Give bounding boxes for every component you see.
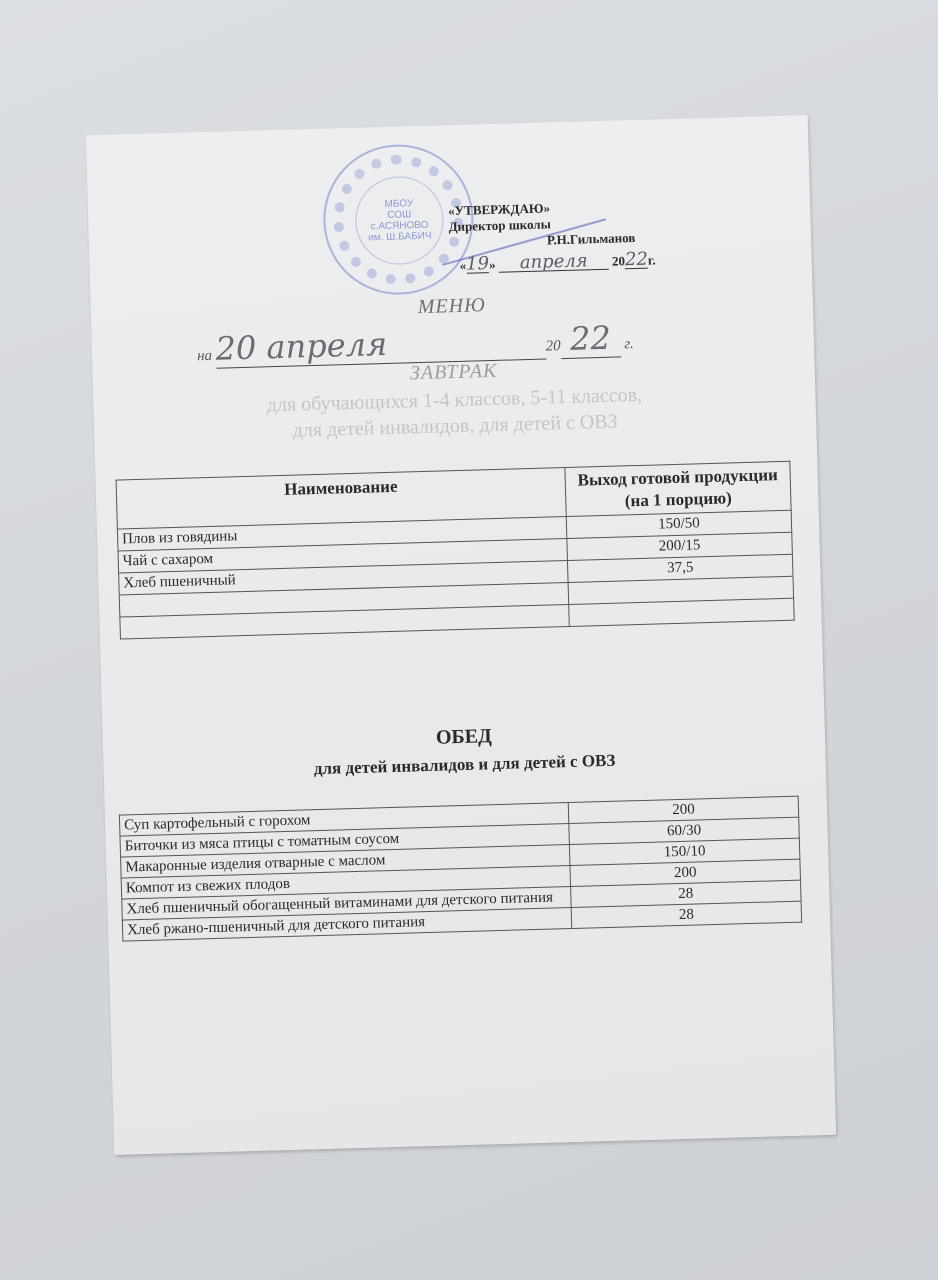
approval-year-prefix: 20 (612, 253, 625, 268)
stamp-center: МБОУ СОШ с.АСЯНОВО им. Ш.БАБИЧ (354, 175, 444, 265)
menu-title: МЕНЮ (91, 285, 813, 328)
menu-document: МБОУ СОШ с.АСЯНОВО им. Ш.БАБИЧ «УТВЕРЖДА… (86, 115, 836, 1155)
approval-year-unit: г. (648, 252, 656, 267)
quote-close: » (489, 257, 496, 272)
menu-year-unit: г. (624, 336, 634, 352)
approval-date: «19» апреля 2022г. (449, 251, 655, 274)
approval-day: 19 (466, 256, 489, 274)
menu-year-prefix: 20 (545, 338, 560, 354)
lunch-heading: ОБЕД для детей инвалидов и для детей с О… (103, 713, 826, 789)
menu-date-prefix: на (197, 348, 212, 364)
stamp-line: им. Ш.БАБИЧ (368, 231, 432, 244)
lunch-table: Суп картофельный с горохом 200 Биточки и… (119, 796, 802, 942)
approval-block: «УТВЕРЖДАЮ» Директор школы Р.Н.Гильманов… (448, 197, 656, 274)
breakfast-table: Наименование Выход готовой продукции (на… (116, 461, 795, 640)
column-header-output: Выход готовой продукции (на 1 порцию) (565, 461, 791, 516)
approval-year-suffix: 22 (625, 252, 648, 270)
menu-year-suffix: 22 (560, 318, 621, 359)
approval-month: апреля (499, 253, 609, 273)
stamp-line: СОШ (387, 209, 411, 221)
stamp-line: МБОУ (384, 198, 413, 210)
